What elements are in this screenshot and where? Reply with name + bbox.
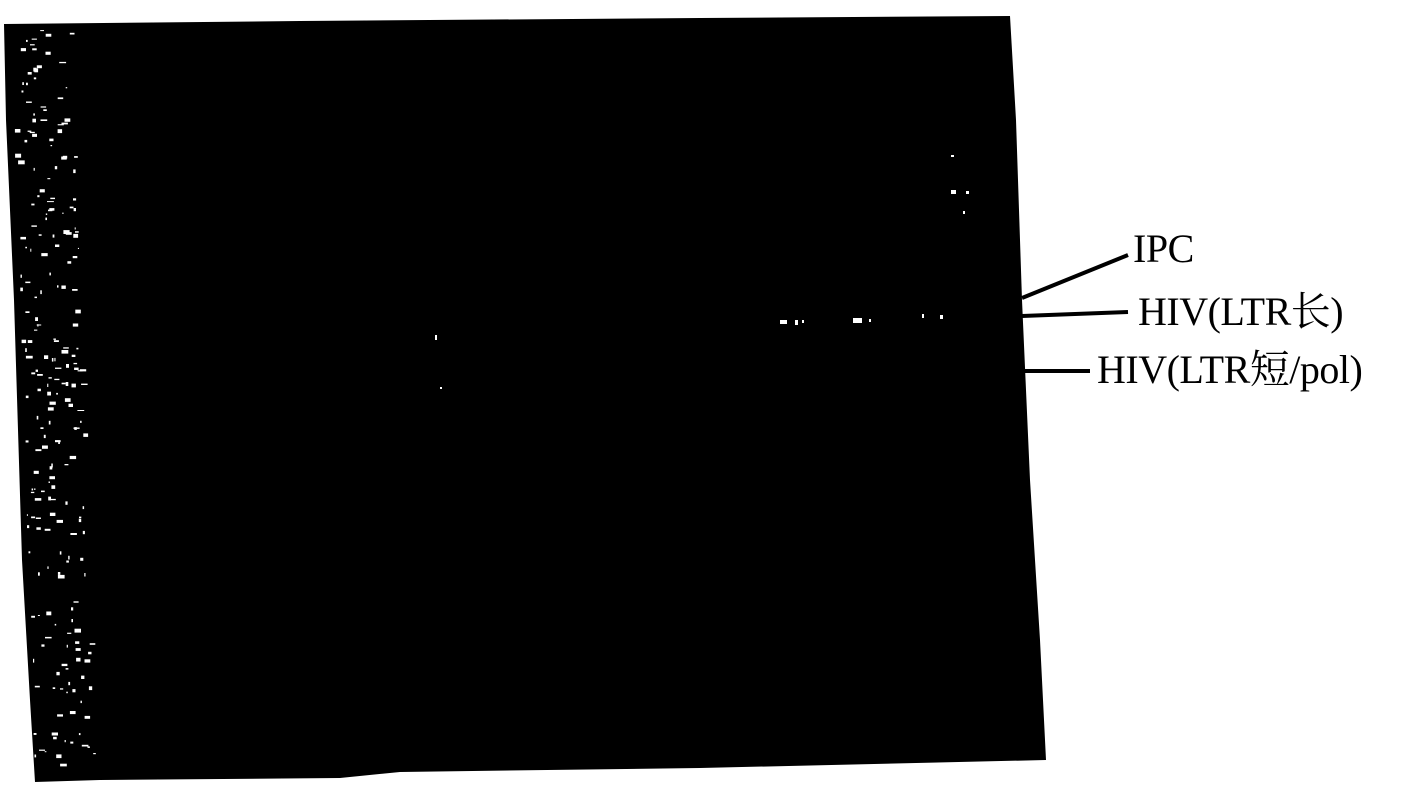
label-ipc: IPC [1133,229,1194,269]
gel-image [0,0,1414,793]
label-hiv-ltr-long: HIV(LTR长) [1138,292,1343,332]
gel-background [4,16,1046,782]
label-hiv-ltr-short-pol: HIV(LTR短/pol) [1097,350,1362,390]
